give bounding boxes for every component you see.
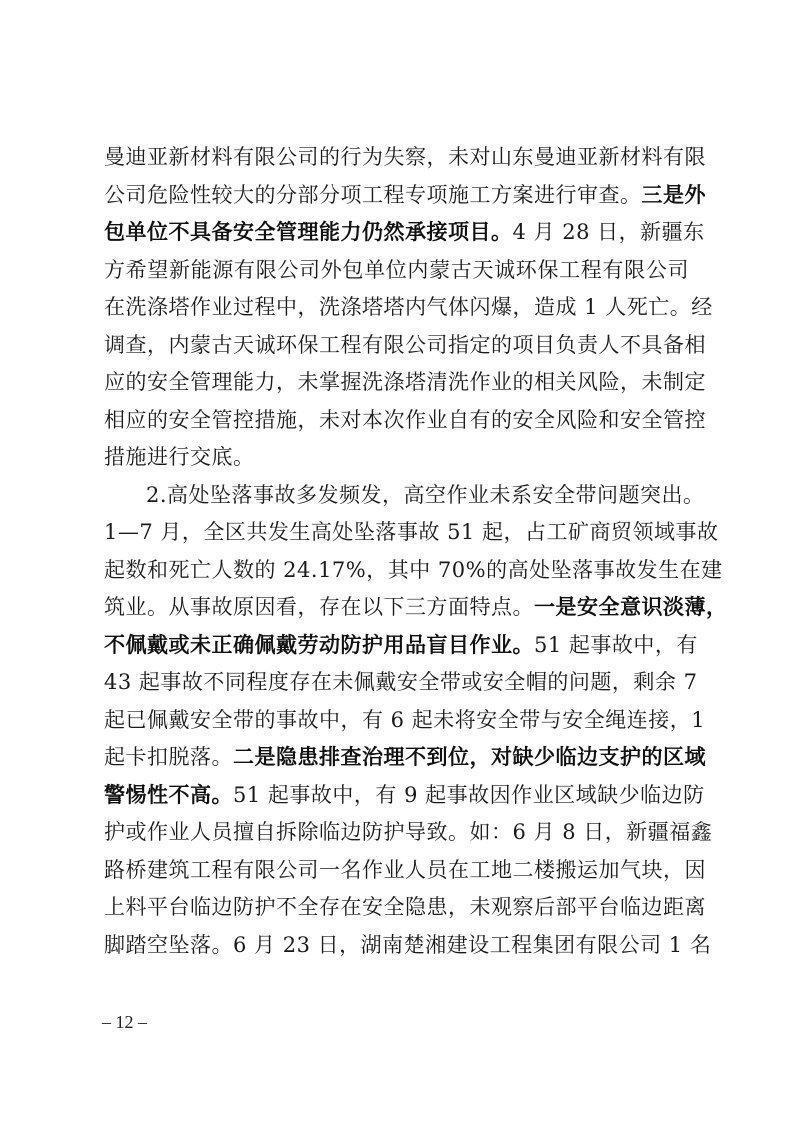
text-line: 筑业。从事故原因看，存在以下三方面特点。一是安全意识淡薄， bbox=[104, 589, 689, 627]
text-line: 方希望新能源有限公司外包单位内蒙古天诚环保工程有限公司 bbox=[104, 252, 689, 290]
text-segment: 51 起事故中，有 9 起事故因作业区域缺少临边防 bbox=[233, 783, 705, 807]
text-line: 1—7 月，全区共发生高处坠落事故 51 起，占工矿商贸领域事故 bbox=[104, 514, 689, 552]
text-line: 公司危险性较大的分部分项工程专项施工方案进行审查。三是外 bbox=[104, 177, 689, 215]
text-segment: 4 月 28 日，新疆东 bbox=[513, 220, 705, 244]
text-segment: 43 起事故不同程度存在未佩戴安全带或安全帽的问题，剩余 7 bbox=[104, 670, 697, 694]
text-segment: 护或作业人员擅自拆除临边防护导致。如：6 月 8 日，新疆福鑫 bbox=[104, 820, 712, 844]
text-segment: 起数和死亡人数的 24.17%，其中 70%的高处坠落事故发生在建 bbox=[104, 558, 723, 582]
text-line: 应的安全管理能力，未掌握洗涤塔清洗作业的相关风险，未制定 bbox=[104, 364, 689, 402]
text-segment: 筑业。从事故原因看，存在以下三方面特点。 bbox=[104, 595, 534, 619]
text-segment: 调查，内蒙古天诚环保工程有限公司指定的项目负责人不具备相 bbox=[104, 333, 706, 357]
text-line: 路桥建筑工程有限公司一名作业人员在工地二楼搬运加气块，因 bbox=[104, 852, 689, 890]
text-segment: 起卡扣脱落。 bbox=[104, 745, 233, 769]
document-page: 曼迪亚新材料有限公司的行为失察，未对山东曼迪亚新材料有限公司危险性较大的分部分项… bbox=[0, 0, 793, 1122]
text-line: 警惕性不高。51 起事故中，有 9 起事故因作业区域缺少临边防 bbox=[104, 777, 689, 815]
bold-emphasis-text: 警惕性不高。 bbox=[104, 783, 233, 807]
text-line: 43 起事故不同程度存在未佩戴安全带或安全帽的问题，剩余 7 bbox=[104, 664, 689, 702]
bold-emphasis-text: 包单位不具备安全管理能力仍然承接项目。 bbox=[104, 220, 513, 244]
bold-emphasis-text: 一是安全意识淡薄， bbox=[534, 595, 728, 619]
text-segment: 路桥建筑工程有限公司一名作业人员在工地二楼搬运加气块，因 bbox=[104, 858, 706, 882]
text-line: 包单位不具备安全管理能力仍然承接项目。4 月 28 日，新疆东 bbox=[104, 214, 689, 252]
text-segment: 相应的安全管控措施，未对本次作业自有的安全风险和安全管控 bbox=[104, 408, 706, 432]
text-line: 曼迪亚新材料有限公司的行为失察，未对山东曼迪亚新材料有限 bbox=[104, 139, 689, 177]
text-segment: 1—7 月，全区共发生高处坠落事故 51 起，占工矿商贸领域事故 bbox=[104, 520, 718, 544]
body-text: 曼迪亚新材料有限公司的行为失察，未对山东曼迪亚新材料有限公司危险性较大的分部分项… bbox=[104, 139, 689, 964]
text-segment: 在洗涤塔作业过程中，洗涤塔塔内气体闪爆，造成 1 人死亡。经 bbox=[104, 295, 713, 319]
text-line: 调查，内蒙古天诚环保工程有限公司指定的项目负责人不具备相 bbox=[104, 327, 689, 365]
paragraph-heading-line: 2.高处坠落事故多发频发，高空作业未系安全带问题突出。 bbox=[104, 477, 689, 515]
text-line: 措施进行交底。 bbox=[104, 439, 689, 477]
page-number: – 12 – bbox=[102, 1012, 147, 1033]
text-segment: 公司危险性较大的分部分项工程专项施工方案进行审查。 bbox=[104, 183, 642, 207]
text-line: 不佩戴或未正确佩戴劳动防护用品盲目作业。51 起事故中，有 bbox=[104, 627, 689, 665]
text-line: 护或作业人员擅自拆除临边防护导致。如：6 月 8 日，新疆福鑫 bbox=[104, 814, 689, 852]
text-line: 起已佩戴安全带的事故中，有 6 起未将安全带与安全绳连接，1 bbox=[104, 702, 689, 740]
bold-emphasis-text: 不佩戴或未正确佩戴劳动防护用品盲目作业。 bbox=[104, 633, 534, 657]
text-line: 起数和死亡人数的 24.17%，其中 70%的高处坠落事故发生在建 bbox=[104, 552, 689, 590]
bold-emphasis-text: 二是隐患排查治理不到位，对缺少临边支护的区域 bbox=[233, 745, 706, 769]
text-segment: 起已佩戴安全带的事故中，有 6 起未将安全带与安全绳连接，1 bbox=[104, 708, 705, 732]
text-line: 起卡扣脱落。二是隐患排查治理不到位，对缺少临边支护的区域 bbox=[104, 739, 689, 777]
text-line: 相应的安全管控措施，未对本次作业自有的安全风险和安全管控 bbox=[104, 402, 689, 440]
text-segment: 2.高处坠落事故多发频发，高空作业未系安全带问题突出。 bbox=[146, 483, 705, 507]
text-line: 在洗涤塔作业过程中，洗涤塔塔内气体闪爆，造成 1 人死亡。经 bbox=[104, 289, 689, 327]
text-segment: 曼迪亚新材料有限公司的行为失察，未对山东曼迪亚新材料有限 bbox=[104, 145, 706, 169]
text-line: 脚踏空坠落。6 月 23 日，湖南楚湘建设工程集团有限公司 1 名 bbox=[104, 927, 689, 965]
text-line: 上料平台临边防护不全存在安全隐患，未观察后部平台临边距离 bbox=[104, 889, 689, 927]
text-segment: 方希望新能源有限公司外包单位内蒙古天诚环保工程有限公司 bbox=[104, 258, 689, 282]
text-segment: 51 起事故中，有 bbox=[534, 633, 698, 657]
text-segment: 应的安全管理能力，未掌握洗涤塔清洗作业的相关风险，未制定 bbox=[104, 370, 706, 394]
text-segment: 措施进行交底。 bbox=[104, 445, 255, 469]
bold-emphasis-text: 三是外 bbox=[642, 183, 707, 207]
text-segment: 脚踏空坠落。6 月 23 日，湖南楚湘建设工程集团有限公司 1 名 bbox=[104, 933, 711, 957]
text-segment: 上料平台临边防护不全存在安全隐患，未观察后部平台临边距离 bbox=[104, 895, 706, 919]
